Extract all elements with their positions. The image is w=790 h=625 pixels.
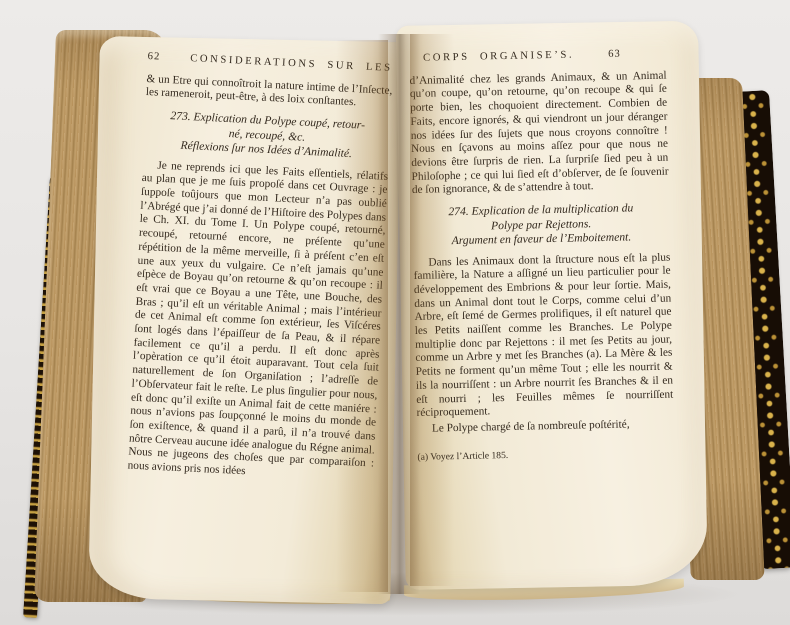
gutter-shadow xyxy=(378,34,420,594)
left-page-number: 62 xyxy=(147,50,160,64)
right-last-paragraph: Le Polype chargé de ſa nombreuſe poſtéri… xyxy=(417,418,674,437)
right-page-number: 63 xyxy=(608,48,621,62)
photo-background: 62 CONSIDERATIONS SUR LES & un Etre qui … xyxy=(0,0,790,625)
footnote: (a) Voyez l’Article 185. xyxy=(417,445,674,464)
